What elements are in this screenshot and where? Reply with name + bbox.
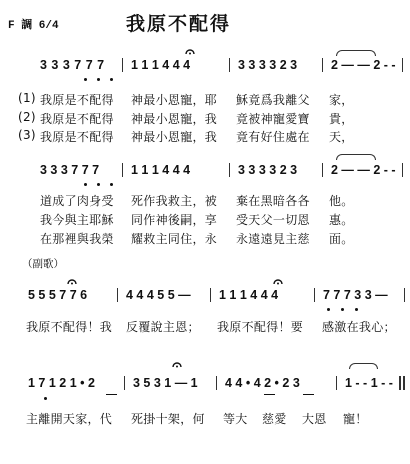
lyric-segment: 感激在我心； [322,318,396,335]
final-bar-line [399,376,401,390]
tie-arc [336,154,376,160]
fermata-icon [273,279,283,285]
bar-line [216,376,217,390]
measure-2: 1 1 1 4 4 4 [131,58,190,72]
key-signature: F 調 6/4 [8,16,59,32]
lyric-segment: 他。 [329,192,354,209]
bar-line [404,288,405,302]
lyric-segment: 竟被神寵愛寶 [236,110,310,127]
lyric-segment: 死掛十架，何 [131,410,205,427]
lyric-segment: 道成了肉身受 [40,192,114,209]
low-octave-dot [355,308,358,311]
lyric-segment: 大恩 [302,410,327,427]
measure-3: 4 4 • 4 2 • 2 3 [225,376,300,390]
lyric-segment: 天， [329,128,354,145]
lyric-segment: 我原是不配得 [40,128,114,145]
low-octave-dot [341,308,344,311]
bar-line [402,163,403,177]
lyric-segment: 我原是不配得 [40,110,114,127]
bar-line [210,288,211,302]
lyric-segment: 死作我救主，被 [131,192,217,209]
bar-line [122,163,123,177]
measure-2: 3 5 3 1 — 1 [133,376,198,390]
low-octave-dot [84,183,87,186]
measure-4: 1 - - 1 - - [345,376,393,390]
measure-3: 3 3 3 3 2 3 [238,163,297,177]
eighth-underline [264,394,275,395]
measure-1: 5 5 5 7 7 6 [28,288,87,302]
lyric-segment: 竟有好住處在 [236,128,310,145]
low-octave-dot [44,397,47,400]
final-bar-line [403,376,405,390]
low-octave-dot [84,78,87,81]
bar-line [229,163,230,177]
bar-line [322,163,323,177]
measure-4: 2 — — 2 - - [331,163,396,177]
fermata-icon [67,279,77,285]
low-octave-dot [110,183,113,186]
measure-1: 3 3 3 7 7 7 [40,163,99,177]
low-octave-dot [327,308,330,311]
lyric-segment: 我原不配得！我 [26,318,112,335]
measure-2: 4 4 4 5 5 — [126,288,191,302]
bar-line [229,58,230,72]
fermata-icon [172,362,182,368]
low-octave-dot [97,78,100,81]
lyric-segment: 主離開天家，代 [26,410,112,427]
eighth-underline [106,394,117,395]
lyric-segment: 棄在黑暗各各 [236,192,310,209]
measure-2: 1 1 1 4 4 4 [131,163,190,177]
bar-line [117,288,118,302]
lyric-segment: 家， [329,91,354,108]
measure-3: 1 1 1 4 4 4 [219,288,278,302]
lyric-segment: 貴， [329,110,354,127]
lyric-segment: 我今與主耶穌 [40,211,114,228]
measure-4: 7 7 7 3 3 — [323,288,388,302]
lyric-segment: 在那裡與我榮 [40,230,114,247]
lyric-segment: 惠。 [329,211,354,228]
bar-line [402,58,403,72]
verse-number: (1) [18,91,36,105]
measure-1: 3 3 3 7 7 7 [40,58,104,72]
lyric-segment: 等大 [223,410,248,427]
chorus-label: （副歌） [22,256,64,271]
song-title: 我原不配得 [126,9,231,36]
lyric-segment: 反覆說主恩； [126,318,200,335]
verse-number: (2) [18,110,36,124]
low-octave-dot [97,183,100,186]
lyric-segment: 面。 [329,230,354,247]
low-octave-dot [110,78,113,81]
lyric-segment: 慈愛 [262,410,287,427]
lyric-segment: 耀救主同住，永 [131,230,217,247]
lyric-segment: 神最小恩寵，我 [131,128,217,145]
lyric-segment: 受天父一切恩 [236,211,310,228]
fermata-icon [185,49,195,55]
measure-3: 3 3 3 3 2 3 [238,58,297,72]
lyric-segment: 我原不配得！要 [217,318,303,335]
measure-1: 1 7 1 2 1 • 2 [28,376,95,390]
lyric-segment: 穌竟爲我離父 [236,91,310,108]
bar-line [124,376,125,390]
lyric-segment: 神最小恩寵，耶 [131,91,217,108]
bar-line [314,288,315,302]
eighth-underline [303,394,314,395]
bar-line [122,58,123,72]
lyric-segment: 永遠遠見主慈 [236,230,310,247]
tie-arc [349,363,378,369]
tie-arc [336,50,376,56]
verse-number: (3) [18,128,36,142]
measure-4: 2 — — 2 - - [331,58,396,72]
bar-line [336,376,337,390]
lyric-segment: 寵！ [343,410,368,427]
lyric-segment: 神最小恩寵，我 [131,110,217,127]
lyric-segment: 同作神後嗣，享 [131,211,217,228]
lyric-segment: 我原是不配得 [40,91,114,108]
bar-line [322,58,323,72]
